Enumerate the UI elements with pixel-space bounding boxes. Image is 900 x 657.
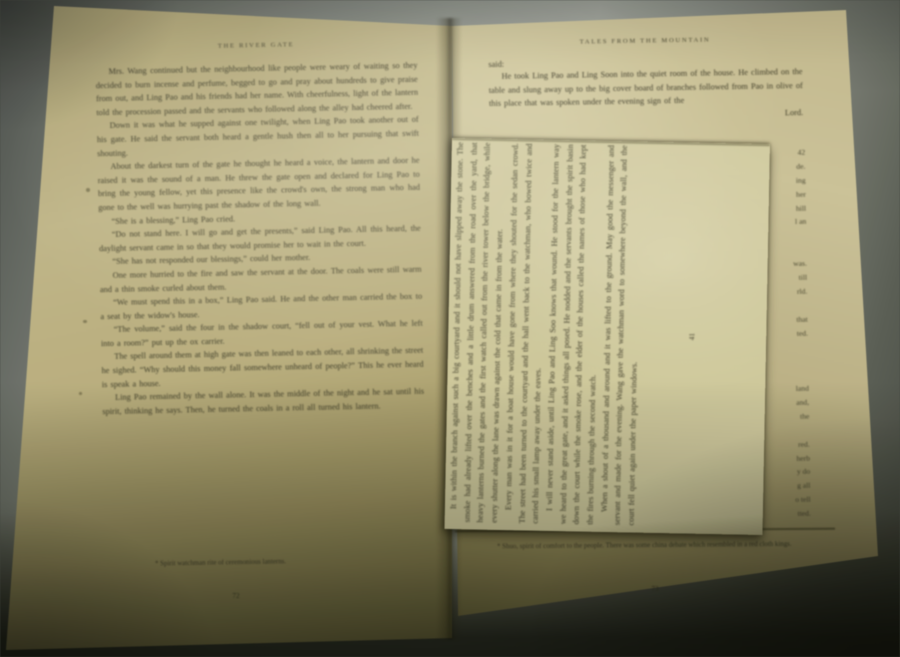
insert-rotated-text: It is within the branch against such a b… — [447, 142, 700, 527]
line-end-fragment: l an — [764, 215, 806, 230]
insert-page-number: 41 — [684, 147, 699, 527]
line-end-fragment — [766, 354, 808, 369]
line-end-fragment: hill — [764, 201, 806, 216]
book-photo: THE RIVER GATE Mrs. Wang continued but t… — [0, 0, 900, 657]
covered-line-ends: 42de.ingherhilll anwas.tillrld.thatted.l… — [763, 146, 811, 522]
line-end-fragment: ing — [763, 173, 805, 188]
paragraph: Down it was what he supped against one t… — [97, 113, 420, 160]
paragraph: When a shout of a thousand and around an… — [597, 145, 645, 526]
line-end-fragment — [766, 340, 808, 355]
right-page-text-block: TALES FROM THE MOUNTAIN said: He took Li… — [488, 35, 803, 124]
line-end-fragment — [767, 368, 809, 383]
right-page-number: 73 — [580, 585, 730, 593]
line-end-fragment: land — [767, 382, 809, 397]
paper-speck — [86, 188, 90, 192]
line-end-fragment: g all — [768, 479, 810, 494]
paper-speck — [83, 320, 87, 323]
line-end-fragment — [767, 423, 809, 438]
paragraph: About the darkest turn of the gate he th… — [97, 154, 420, 215]
left-page-paragraphs: Mrs. Wang continued but the neighbourhoo… — [95, 59, 424, 419]
line-end-fragment: till — [765, 271, 807, 286]
line-end-fragment: red. — [768, 437, 810, 452]
left-page-number: 72 — [161, 592, 311, 600]
line-end-fragment — [765, 298, 807, 313]
paragraph: The spell around them at high gate was t… — [101, 344, 424, 391]
line-end-fragment: rld. — [765, 285, 807, 300]
line-end-fragment: the — [767, 410, 809, 425]
line-end-fragment: her — [764, 187, 806, 202]
line-end-fragment: y do — [768, 465, 810, 480]
line-end-fragment: and, — [767, 396, 809, 411]
line-end-fragment — [764, 229, 806, 244]
loose-insert-page: It is within the branch against such a b… — [444, 138, 769, 535]
insert-paragraphs: It is within the branch against such a b… — [447, 142, 646, 526]
paragraph: Mrs. Wang continued but the neighbourhoo… — [95, 59, 418, 120]
line-end-fragment: herb — [768, 451, 810, 466]
line-end-fragment: that — [766, 312, 808, 327]
paragraph: It is within the branch against such a b… — [447, 142, 509, 523]
paper-speck — [79, 392, 82, 395]
line-end-fragment: ted. — [766, 326, 808, 341]
line-end-fragment: was. — [765, 257, 807, 272]
line-end-fragment — [765, 243, 807, 258]
right-page-paragraph: He took Ling Pao and Ling Soon into the … — [488, 65, 803, 111]
paragraph: Every man was in it for a boat house wou… — [501, 143, 549, 524]
line-end-fragment: o tell — [769, 493, 811, 508]
line-end-fragment: tted. — [769, 507, 811, 522]
left-page-text-block: THE RIVER GATE Mrs. Wang continued but t… — [95, 39, 424, 419]
paragraph: I will never stand aside, until Ling Pao… — [543, 144, 605, 525]
